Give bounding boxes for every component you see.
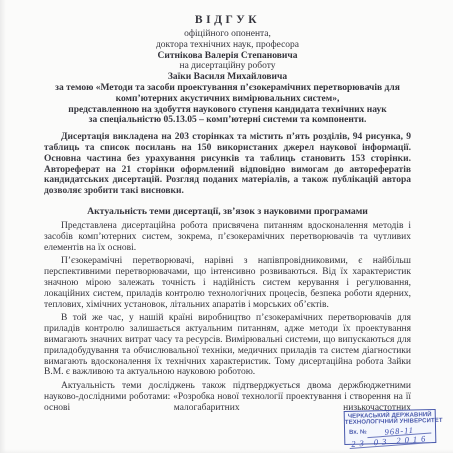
university-registration-stamp: ЧЕРКАСЬКИЙ ДЕРЖАВНИЙ ТЕХНОЛОГІЧНИЙ УНІВЕ… <box>344 409 437 445</box>
header-line-degree-sought: представленною на здобуття наукового сту… <box>44 105 411 116</box>
header-line-opponent-name: Ситнікова Валерія Степановича <box>44 51 411 62</box>
document-content: ВІДГУК офіційного опонента, доктора техн… <box>44 14 411 414</box>
body-paragraph-1: Представлена дисертаційна робота присвяч… <box>44 221 411 253</box>
section-heading-relevance: Актуальність теми дисертації, зв’язок з … <box>44 206 411 217</box>
scanned-document-page: ВІДГУК офіційного опонента, доктора техн… <box>0 0 453 453</box>
summary-paragraph: Дисертація викладена на 203 сторінках та… <box>44 132 411 197</box>
body-paragraph-2: П’єзокерамічні перетворювачі, нарівні з … <box>44 256 411 310</box>
stamp-date-row: 23 03 2016 <box>349 436 431 447</box>
body-paragraph-3: В той же час, у нашій країні виробництво… <box>44 313 411 378</box>
scan-shadow-left <box>0 0 6 453</box>
stamp-incoming-number-label: Вх. № <box>349 428 367 436</box>
document-title: ВІДГУК <box>44 14 411 27</box>
header-line-on-thesis: на дисертаційну роботу <box>44 61 411 72</box>
scan-shadow-bottom <box>0 449 453 453</box>
header-line-degree: доктора технічних наук, професора <box>44 40 411 51</box>
header-line-thesis-topic: за темою «Методи та засоби проектування … <box>44 83 411 105</box>
body-paragraph-4: Актуальність теми досліджень також підтв… <box>44 381 411 413</box>
header-line-author-name: Заїки Василя Михайловича <box>44 72 411 83</box>
header-line-opponent: офіційного опонента, <box>44 29 411 40</box>
header-line-specialty: за спеціальністю 05.13.05 – комп’ютерні … <box>44 115 411 126</box>
